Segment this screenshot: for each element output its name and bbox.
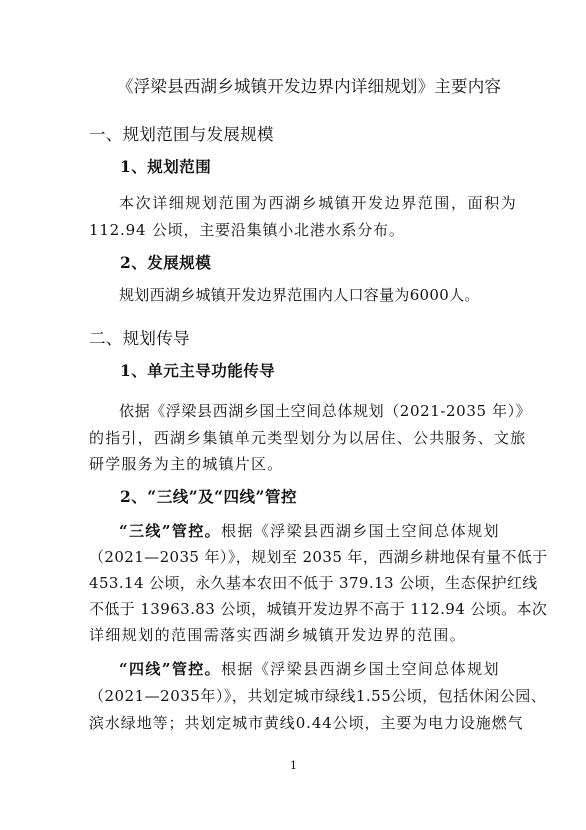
paragraph-lead-bold: “三线”管控。 — [119, 522, 221, 540]
paragraph-text: 根据《浮梁县西湖乡国土空间总体规划 — [221, 660, 500, 678]
paragraph-line: 的指引，西湖乡集镇单元类型划分为以居住、公共服务、文旅 — [89, 428, 526, 448]
paragraph-line: （2021—2035 年）》，规划至 2035 年，西湖乡耕地保有量不低于 — [89, 547, 548, 567]
subsection-heading-1-2: 2、发展规模 — [120, 253, 211, 273]
paragraph-line: 滨水绿地等；共划定城市黄线0.44公顷，主要为电力设施燃气 — [89, 713, 524, 733]
paragraph-line: 规划西湖乡城镇开发边界范围内人口容量为6000人。 — [119, 285, 480, 305]
paragraph-line: （2021—2035年）》，共划定城市绿线1.55公顷，包括休闲公园、 — [89, 686, 546, 706]
paragraph-line: 详细规划的范围需落实西湖乡城镇开发边界的范围。 — [89, 625, 466, 645]
section-heading-2: 二、规划传导 — [89, 329, 190, 349]
paragraph-line: 112.94 公顷，主要沿集镇小北港水系分布。 — [89, 220, 405, 240]
section-heading-1: 一、规划范围与发展规模 — [89, 125, 274, 145]
paragraph-line: “四线”管控。根据《浮梁县西湖乡国土空间总体规划 — [119, 659, 500, 679]
paragraph-line: 不低于 13963.83 公顷，城镇开发边界不高于 112.94 公顷。本次 — [89, 599, 547, 619]
page-number: 1 — [290, 760, 297, 772]
paragraph-line: 依据《浮梁县西湖乡国土空间总体规划（2021-2035 年）》 — [119, 401, 531, 421]
paragraph-line: 453.14 公顷，永久基本农田不低于 379.13 公顷，生态保护红线 — [89, 573, 538, 593]
paragraph-line: “三线”管控。根据《浮梁县西湖乡国土空间总体规划 — [119, 521, 500, 541]
paragraph-lead-bold: “四线”管控。 — [119, 660, 221, 678]
document-page: 《浮梁县西湖乡城镇开发边界内详细规划》主要内容 一、规划范围与发展规模 1、规划… — [0, 0, 586, 830]
paragraph-text: 根据《浮梁县西湖乡国土空间总体规划 — [221, 522, 500, 540]
document-title: 《浮梁县西湖乡城镇开发边界内详细规划》主要内容 — [117, 77, 501, 97]
subsection-heading-2-2: 2、“三线”及“四线”管控 — [120, 487, 297, 507]
paragraph-line: 研学服务为主的城镇片区。 — [89, 454, 283, 474]
subsection-heading-1-1: 1、规划范围 — [120, 157, 211, 177]
paragraph-line: 本次详细规划范围为西湖乡城镇开发边界范围，面积为 — [119, 193, 517, 213]
subsection-heading-2-1: 1、单元主导功能传导 — [120, 361, 275, 381]
